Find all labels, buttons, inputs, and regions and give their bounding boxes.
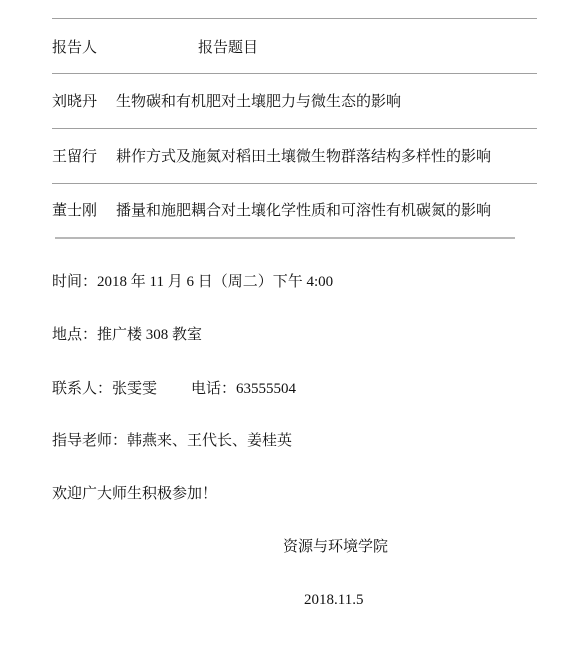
location-value: 推广楼 308 教室 [97,327,202,343]
table-bottom-rule [55,237,515,239]
welcome-line: 欢迎广大师生积极参加！ [52,483,217,504]
table-top-rule [52,18,537,19]
table-header-rule [52,73,537,74]
advisors-label: 指导老师： [52,431,127,449]
header-topic: 报告题目 [198,38,258,56]
contact-value: 张雯雯 [112,379,157,397]
time-label: 时间： [52,272,97,290]
time-value: 2018 年 11 月 6 日（周二）下午 4:00 [97,274,333,290]
advisors-value: 韩燕来、王代长、姜桂英 [127,431,292,449]
advisors-line: 指导老师：韩燕来、王代长、姜桂英 [52,430,292,451]
talk-topic: 耕作方式及施氮对稻田土壤微生物群落结构多样性的影响 [116,147,491,165]
time-line: 时间：2018 年 11 月 6 日（周二）下午 4:00 [52,271,333,292]
table-row-rule [52,128,537,129]
talk-topic: 生物碳和有机肥对土壤肥力与微生态的影响 [116,92,401,110]
phone-value: 63555504 [236,381,296,397]
table-row-rule [52,183,537,184]
location-label: 地点： [52,325,97,343]
table-row: 王留行耕作方式及施氮对稻田土壤微生物群落结构多样性的影响 [52,146,491,166]
header-speaker: 报告人 [52,37,198,57]
welcome-text: 欢迎广大师生积极参加！ [52,484,217,502]
table-header-row: 报告人报告题目 [52,37,258,57]
speaker-name: 董士刚 [52,200,116,220]
table-row: 刘晓丹生物碳和有机肥对土壤肥力与微生态的影响 [52,91,401,111]
contact-label: 联系人： [52,379,112,397]
talk-topic: 播量和施肥耦合对土壤化学性质和可溶性有机碳氮的影响 [116,201,491,219]
table-row: 董士刚播量和施肥耦合对土壤化学性质和可溶性有机碳氮的影响 [52,200,491,220]
contact-line: 联系人：张雯雯电话：63555504 [52,378,296,399]
speaker-name: 刘晓丹 [52,91,116,111]
location-line: 地点：推广楼 308 教室 [52,324,202,345]
phone-label: 电话： [191,379,236,397]
signature-date: 2018.11.5 [304,590,363,610]
speaker-name: 王留行 [52,146,116,166]
organization-name: 资源与环境学院 [283,536,388,556]
